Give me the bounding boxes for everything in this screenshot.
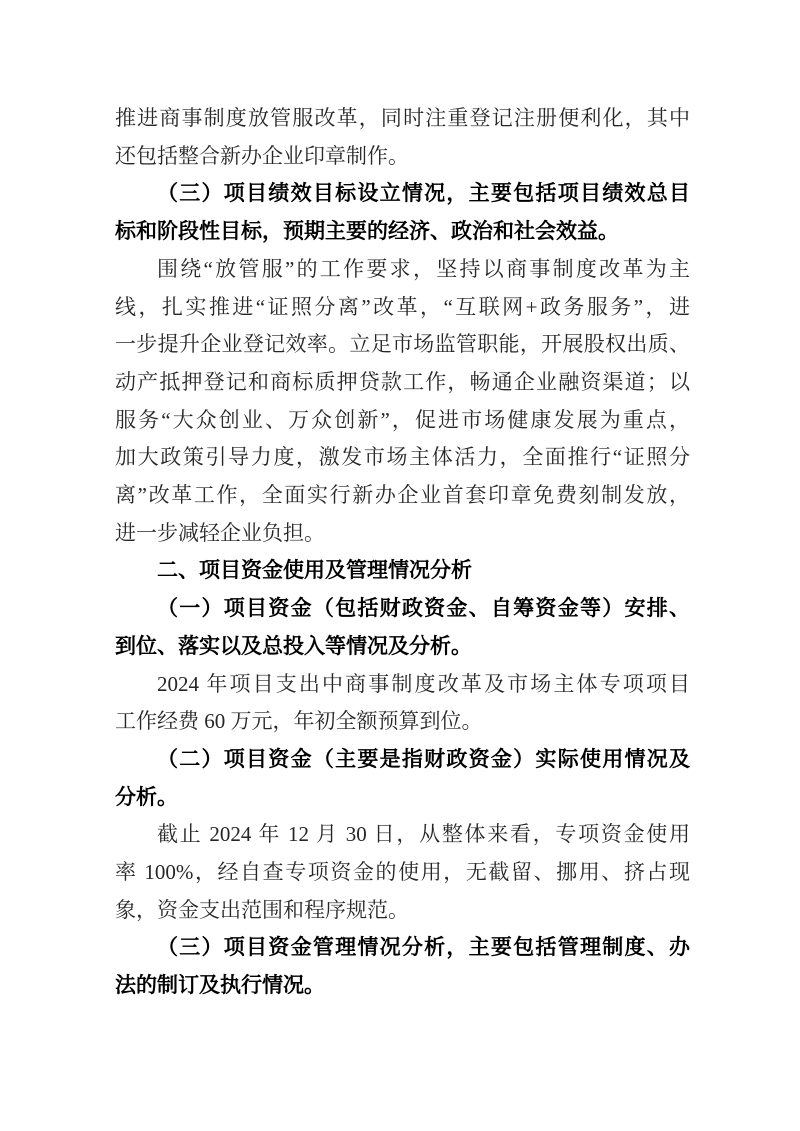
text-line: 还包括整合新办企业印章制作。: [115, 138, 690, 176]
heading-line: 分析。: [115, 779, 690, 817]
paragraph-heading-level2: （三）项目绩效目标设立情况，主要包括项目绩效总目 标和阶段性目标，预期主要的经济…: [115, 175, 690, 250]
text-line: 动产抵押登记和商标质押贷款工作，畅通企业融资渠道；以: [115, 364, 690, 402]
text-line: 工作经费 60 万元，年初全额预算到位。: [115, 703, 690, 741]
text-line: 象，资金支出范围和程序规范。: [115, 892, 690, 930]
text-line: 离”改革工作，全面实行新办企业首套印章免费刻制发放，: [115, 477, 690, 515]
paragraph: 2024 年项目支出中商事制度改革及市场主体专项项目 工作经费 60 万元，年初…: [115, 666, 690, 741]
heading-line: 标和阶段性目标，预期主要的经济、政治和社会效益。: [115, 213, 690, 251]
paragraph-heading-level2: （一）项目资金（包括财政资金、自筹资金等）安排、 到位、落实以及总投入等情况及分…: [115, 590, 690, 665]
text-line: 服务“大众创业、万众创新”，促进市场健康发展为重点，: [115, 402, 690, 440]
heading-line: （三）项目绩效目标设立情况，主要包括项目绩效总目: [115, 175, 690, 213]
heading-line: 到位、落实以及总投入等情况及分析。: [115, 628, 690, 666]
heading-line: （一）项目资金（包括财政资金、自筹资金等）安排、: [115, 590, 690, 628]
text-line: 推进商事制度放管服改革，同时注重登记注册便利化，其中: [115, 100, 690, 138]
document-page: 推进商事制度放管服改革，同时注重登记注册便利化，其中 还包括整合新办企业印章制作…: [0, 0, 800, 1131]
text-line: 围绕“放管服”的工作要求，坚持以商事制度改革为主: [115, 251, 690, 289]
heading-line: 法的制订及执行情况。: [115, 967, 690, 1005]
text-line: 加大政策引导力度，激发市场主体活力，全面推行“证照分: [115, 439, 690, 477]
paragraph-heading-level2: （二）项目资金（主要是指财政资金）实际使用情况及 分析。: [115, 741, 690, 816]
heading-line: 二、项目资金使用及管理情况分析: [115, 552, 690, 590]
paragraph-heading-level1: 二、项目资金使用及管理情况分析: [115, 552, 690, 590]
heading-line: （二）项目资金（主要是指财政资金）实际使用情况及: [115, 741, 690, 779]
paragraph: 截止 2024 年 12 月 30 日，从整体来看，专项资金使用 率 100%，…: [115, 816, 690, 929]
paragraph: 围绕“放管服”的工作要求，坚持以商事制度改革为主 线，扎实推进“证照分离”改革，…: [115, 251, 690, 553]
text-line: 截止 2024 年 12 月 30 日，从整体来看，专项资金使用: [115, 816, 690, 854]
text-line: 线，扎实推进“证照分离”改革，“互联网+政务服务”，进: [115, 289, 690, 327]
text-line: 率 100%，经自查专项资金的使用，无截留、挪用、挤占现: [115, 854, 690, 892]
paragraph-heading-level2: （三）项目资金管理情况分析，主要包括管理制度、办 法的制订及执行情况。: [115, 929, 690, 1004]
text-line: 一步提升企业登记效率。立足市场监管职能，开展股权出质、: [115, 326, 690, 364]
heading-line: （三）项目资金管理情况分析，主要包括管理制度、办: [115, 929, 690, 967]
paragraph: 推进商事制度放管服改革，同时注重登记注册便利化，其中 还包括整合新办企业印章制作…: [115, 100, 690, 175]
text-line: 2024 年项目支出中商事制度改革及市场主体专项项目: [115, 666, 690, 704]
text-line: 进一步减轻企业负担。: [115, 515, 690, 553]
